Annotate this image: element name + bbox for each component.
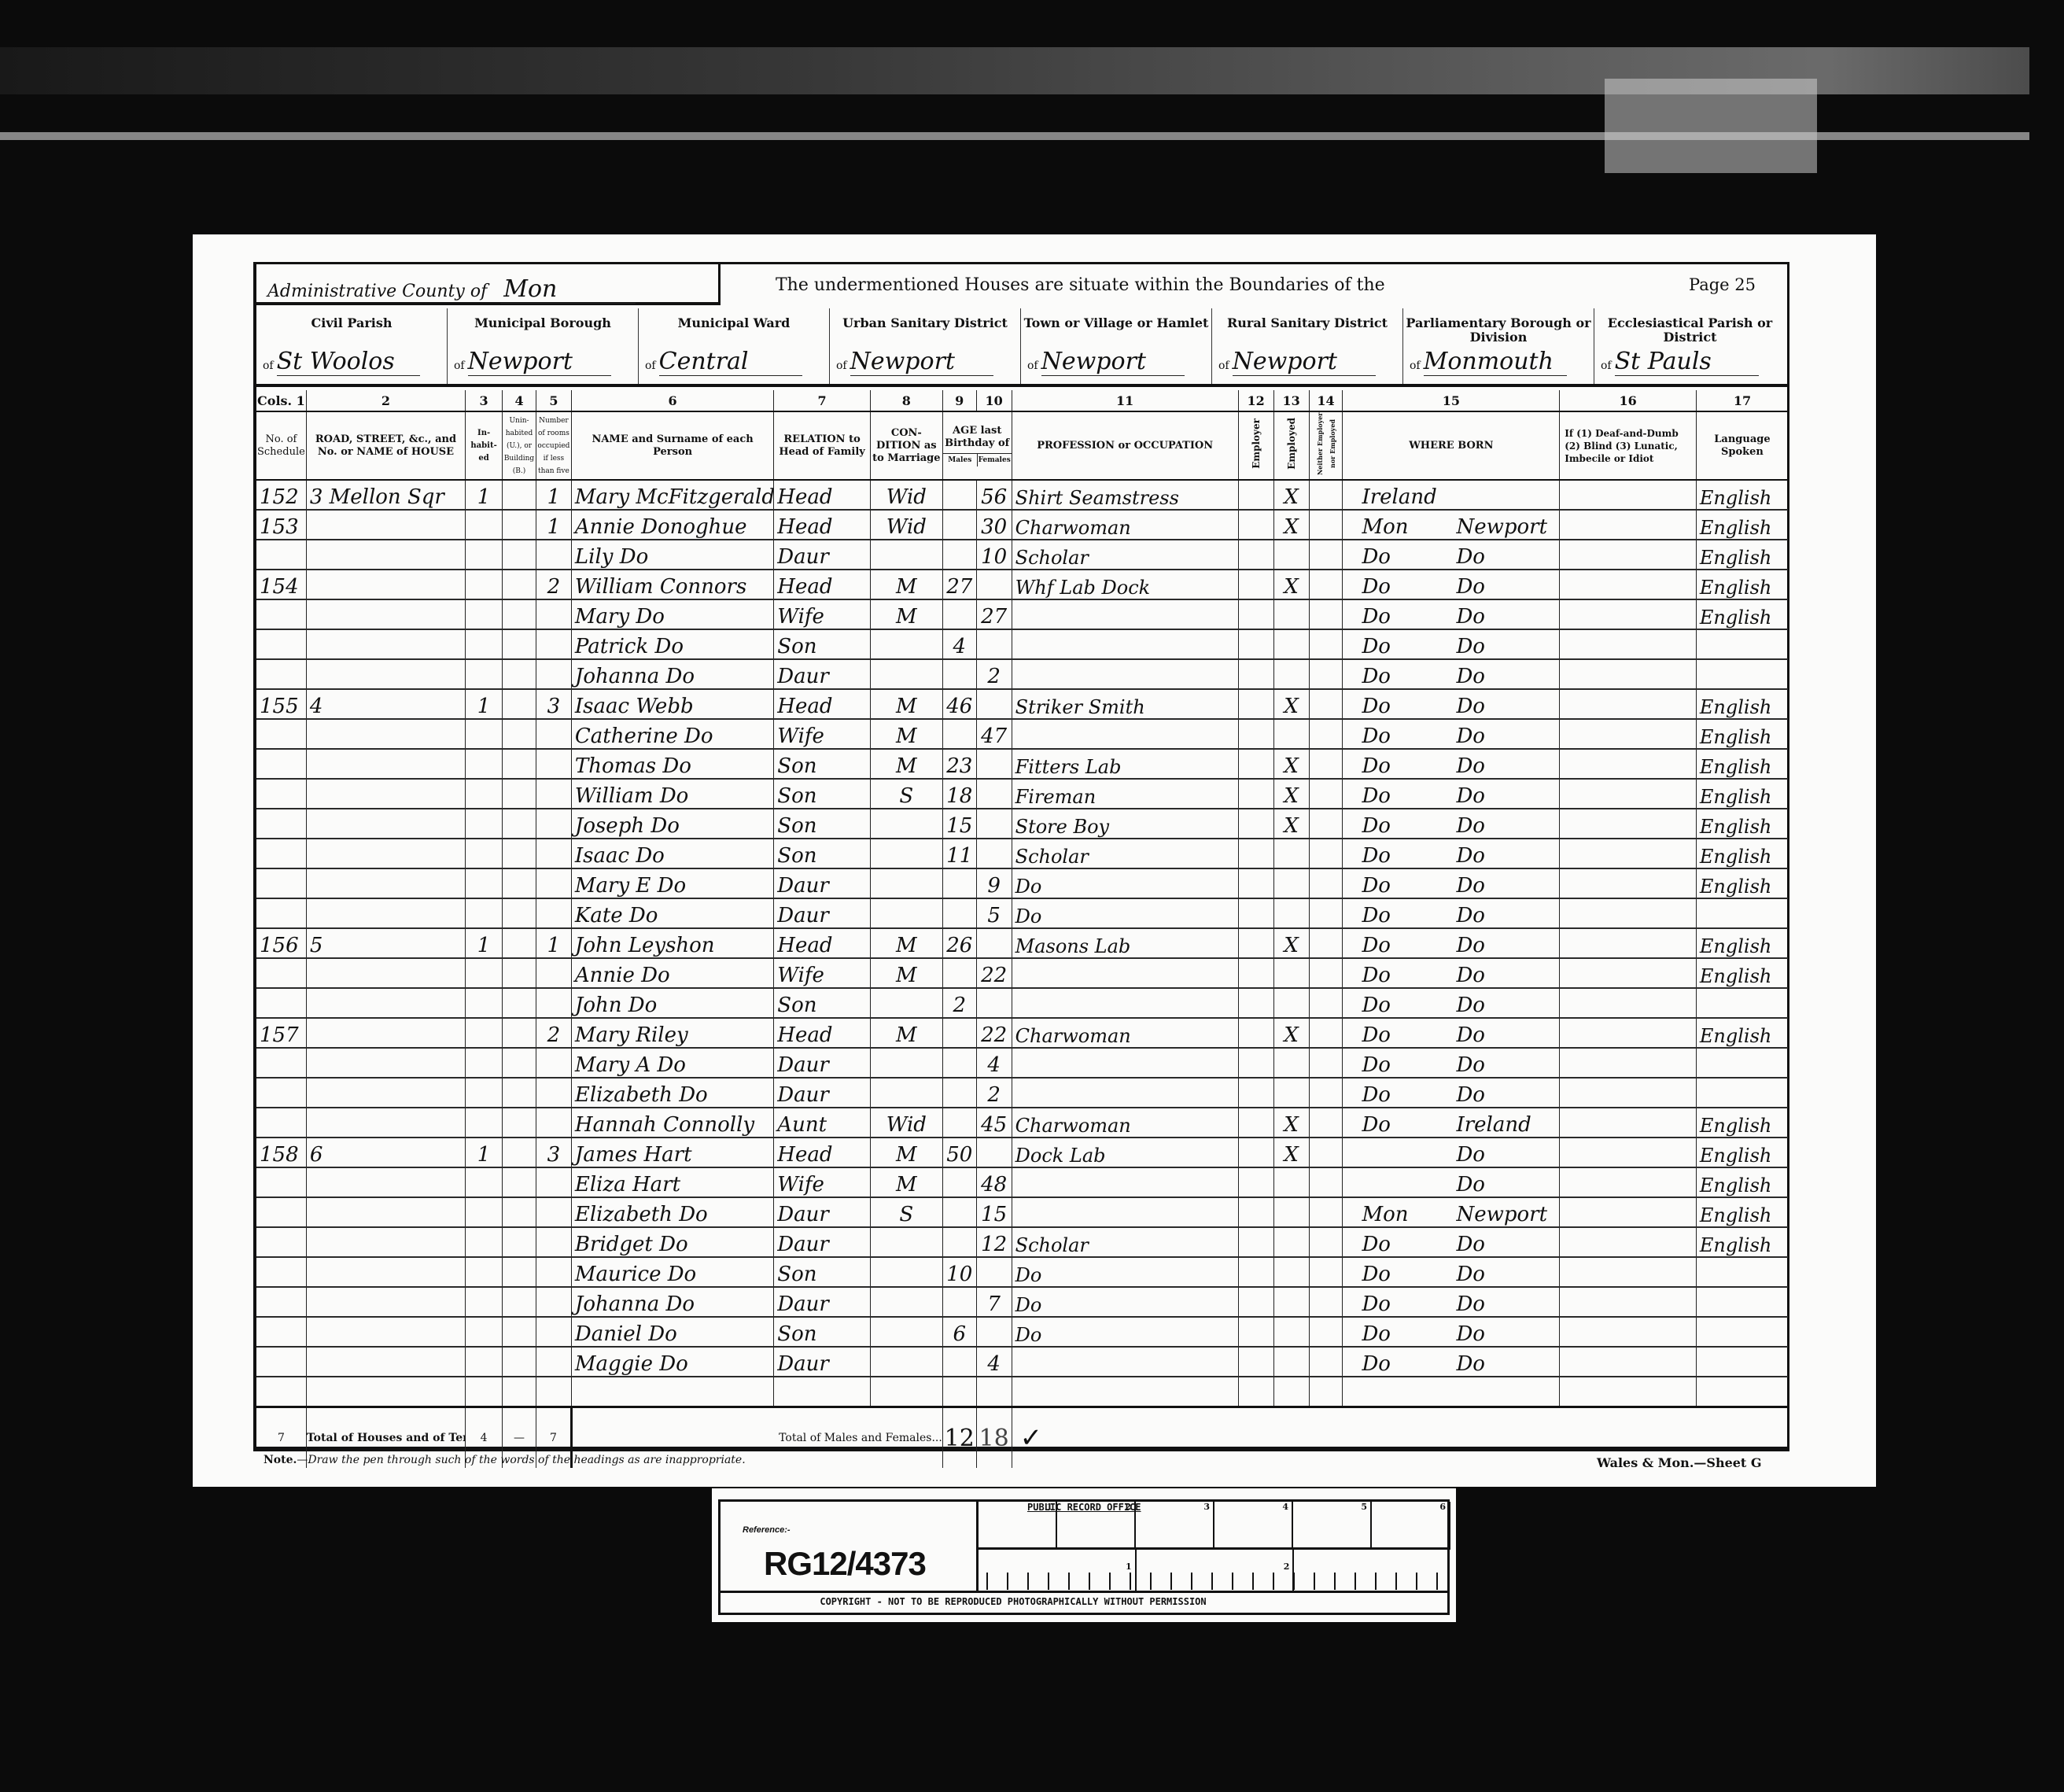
cell-occupation: Scholar [1012,1227,1238,1257]
cell-occupation: Masons Lab [1012,928,1238,958]
page-number: Page 25 [1689,275,1756,294]
cell-male-age [942,1287,976,1317]
cell-where-born: DoDo [1343,659,1560,689]
cell-male-age [942,719,976,749]
col-language: Language Spoken [1696,411,1788,480]
cell-uninhabited [503,480,536,510]
cell-schedule [256,659,306,689]
cell-name: Mary A Do [571,1048,773,1078]
cell-language [1696,659,1788,689]
cell-inhabited: 1 [466,689,503,719]
cell-uninhabited [503,629,536,659]
cell-female-age: 48 [976,1167,1012,1197]
cell-schedule [256,719,306,749]
cell-employer [1238,809,1273,839]
cell-name: Elizabeth Do [571,1078,773,1108]
cell-schedule [256,839,306,868]
cell-infirmity [1560,659,1697,689]
cell-inhabited [466,988,503,1018]
cell-rooms [536,988,571,1018]
cell-uninhabited [503,659,536,689]
cell-road [306,1227,465,1257]
cell-uninhabited [503,928,536,958]
cell-neither [1309,1197,1343,1227]
cell-occupation: Do [1012,898,1238,928]
cell-occupation: Fireman [1012,779,1238,809]
cell-inhabited [466,779,503,809]
cell-employer [1238,510,1273,540]
cell-infirmity [1560,839,1697,868]
cell-where-born: DoDo [1343,1048,1560,1078]
cell-relation: Head [774,480,871,510]
cell-neither [1309,689,1343,719]
cell-condition: M [870,719,942,749]
sheet-label: Wales & Mon.—Sheet G [1597,1455,1762,1470]
cell-language: English [1696,1018,1788,1048]
reference-number: RG12/4373 [764,1545,926,1583]
cell-condition: M [870,689,942,719]
cell-employed: X [1273,1018,1309,1048]
cell-road [306,510,465,540]
cell-condition [870,1347,942,1377]
column-header-row: No. of Schedule ROAD, STREET, &c., and N… [256,411,1788,480]
cell-language: English [1696,689,1788,719]
cell-inhabited [466,659,503,689]
cell-neither [1309,868,1343,898]
cell-schedule [256,629,306,659]
cell-uninhabited [503,1108,536,1138]
cell-neither [1309,809,1343,839]
cell-female-age [976,988,1012,1018]
col-age: AGE last Birthday ofMalesFemales [942,411,1012,480]
cell-relation: Son [774,839,871,868]
cell-employed [1273,1227,1309,1257]
cell-schedule [256,1257,306,1287]
cell-rooms [536,719,571,749]
table-row: 155413Isaac WebbHeadM46Striker SmithXDoD… [256,689,1788,719]
cell-uninhabited [503,570,536,599]
cell-road: 3 Mellon Sqr [306,480,465,510]
cell-female-age: 4 [976,1347,1012,1377]
cell-where-born: DoDo [1343,1257,1560,1287]
cell-infirmity [1560,1108,1697,1138]
cell-uninhabited [503,1287,536,1317]
cell-road [306,1078,465,1108]
cell-infirmity [1560,1048,1697,1078]
col-employer: Employer [1238,411,1273,480]
cell-uninhabited [503,779,536,809]
cell-occupation: Shirt Seamstress [1012,480,1238,510]
cell-language [1696,629,1788,659]
cell-relation: Daur [774,540,871,570]
cell-name: Joseph Do [571,809,773,839]
cell-condition [870,1317,942,1347]
cell-occupation [1012,958,1238,988]
cell-male-age [942,540,976,570]
county-value: Mon [500,275,636,304]
cell-infirmity [1560,1347,1697,1377]
cell-male-age [942,599,976,629]
cell-occupation [1012,1347,1238,1377]
cell-male-age [942,1108,976,1138]
col-occupation: PROFESSION or OCCUPATION [1012,411,1238,480]
cell-female-age: 22 [976,958,1012,988]
cell-relation: Son [774,809,871,839]
cell-relation: Son [774,988,871,1018]
cell-relation: Daur [774,1347,871,1377]
cell-neither [1309,1018,1343,1048]
cell-name: John Do [571,988,773,1018]
cell-neither [1309,928,1343,958]
cell-schedule [256,1197,306,1227]
cell-employed [1273,1167,1309,1197]
cell-road: 6 [306,1138,465,1167]
cell-condition: M [870,599,942,629]
table-row: Mary DoWifeM27DoDoEnglish [256,599,1788,629]
cell-rooms [536,1197,571,1227]
cell-employed [1273,898,1309,928]
cell-relation: Wife [774,1167,871,1197]
cell-language: English [1696,958,1788,988]
cell-infirmity [1560,629,1697,659]
cell-female-age [976,809,1012,839]
cell-language: English [1696,480,1788,510]
cell-schedule [256,779,306,809]
cell-occupation: Fitters Lab [1012,749,1238,779]
cell-male-age [942,868,976,898]
cell-employer [1238,1167,1273,1197]
col-where-born: WHERE BORN [1343,411,1560,480]
cell-condition [870,839,942,868]
cell-where-born: DoDo [1343,570,1560,599]
footer-note: Note.—Draw the pen through such of the w… [264,1454,746,1466]
district-row: Civil ParishofSt Woolos Municipal Boroug… [256,308,1787,387]
cell-rooms [536,1317,571,1347]
cell-neither [1309,1048,1343,1078]
cell-neither [1309,480,1343,510]
cell-infirmity [1560,540,1697,570]
cell-relation: Son [774,1257,871,1287]
cell-relation: Daur [774,898,871,928]
cell-name: Mary Riley [571,1018,773,1048]
cell-language [1696,1048,1788,1078]
cell-condition: M [870,1018,942,1048]
cell-female-age: 5 [976,898,1012,928]
cell-condition: M [870,1138,942,1167]
cell-occupation [1012,1078,1238,1108]
cell-schedule [256,988,306,1018]
cell-male-age: 2 [942,988,976,1018]
cell-uninhabited [503,1167,536,1197]
cell-uninhabited [503,1257,536,1287]
cell-relation: Wife [774,719,871,749]
cell-rooms [536,779,571,809]
cell-inhabited: 1 [466,1138,503,1167]
cell-road: 4 [306,689,465,719]
cell-relation: Head [774,1018,871,1048]
cell-condition [870,540,942,570]
reference-label: Reference:- [743,1525,791,1535]
cell-infirmity [1560,510,1697,540]
cell-male-age: 6 [942,1317,976,1347]
cell-relation: Son [774,1317,871,1347]
cell-language: English [1696,1108,1788,1138]
table-row: Hannah ConnollyAuntWid45CharwomanXDoIrel… [256,1108,1788,1138]
cell-road [306,599,465,629]
cell-neither [1309,719,1343,749]
cell-where-born: DoDo [1343,540,1560,570]
cell-language: English [1696,599,1788,629]
cell-occupation: Dock Lab [1012,1138,1238,1167]
cell-employer [1238,629,1273,659]
cell-uninhabited [503,958,536,988]
cell-name: Maurice Do [571,1257,773,1287]
cell-female-age: 2 [976,1078,1012,1108]
cell-uninhabited [503,1227,536,1257]
cell-rooms [536,1257,571,1287]
cell-neither [1309,540,1343,570]
cell-rooms [536,1287,571,1317]
county-label: Administrative County of [267,282,487,301]
cell-employer [1238,540,1273,570]
col-name: NAME and Surname of each Person [571,411,773,480]
cell-employer [1238,988,1273,1018]
cell-schedule [256,599,306,629]
cell-condition [870,659,942,689]
cell-occupation: Do [1012,1257,1238,1287]
col-infirmity: If (1) Deaf-and-Dumb (2) Blind (3) Lunat… [1560,411,1697,480]
cell-language: English [1696,1167,1788,1197]
cell-uninhabited [503,599,536,629]
cell-name: James Hart [571,1138,773,1167]
cell-employer [1238,1078,1273,1108]
cell-road [306,749,465,779]
cell-road [306,540,465,570]
cell-uninhabited [503,988,536,1018]
cell-rooms [536,868,571,898]
cell-rooms [536,809,571,839]
cell-where-born: DoDo [1343,928,1560,958]
cell-occupation: Charwoman [1012,1108,1238,1138]
cell-road [306,958,465,988]
table-row: William DoSonS18FiremanXDoDoEnglish [256,779,1788,809]
table-row: Lily DoDaur10ScholarDoDoEnglish [256,540,1788,570]
cell-male-age [942,1078,976,1108]
cell-where-born: DoDo [1343,1317,1560,1347]
cell-road [306,1347,465,1377]
col-road: ROAD, STREET, &c., and No. or NAME of HO… [306,411,465,480]
table-row: Catherine DoWifeM47DoDoEnglish [256,719,1788,749]
cell-schedule [256,1317,306,1347]
cell-relation: Daur [774,1227,871,1257]
cell-infirmity [1560,1197,1697,1227]
cell-inhabited [466,809,503,839]
cell-uninhabited [503,839,536,868]
cell-employer [1238,1257,1273,1287]
cell-schedule [256,898,306,928]
cell-employer [1238,1108,1273,1138]
cell-language [1696,1078,1788,1108]
cell-condition [870,1048,942,1078]
table-row: 1523 Mellon Sqr11Mary McFitzgeraldHeadWi… [256,480,1788,510]
cell-schedule [256,1167,306,1197]
cell-infirmity [1560,1257,1697,1287]
cell-schedule [256,1078,306,1108]
cell-language [1696,1287,1788,1317]
total-males: 12 [942,1407,976,1469]
table-row: Johanna DoDaur2DoDo [256,659,1788,689]
cell-inhabited [466,1317,503,1347]
table-row: Bridget DoDaur12ScholarDoDoEnglish [256,1227,1788,1257]
cell-road [306,719,465,749]
cell-employed [1273,540,1309,570]
cell-male-age [942,1347,976,1377]
cell-condition [870,1078,942,1108]
cell-language: English [1696,1227,1788,1257]
cell-employed [1273,1197,1309,1227]
cell-employed [1273,1347,1309,1377]
cell-employed [1273,629,1309,659]
cell-infirmity [1560,1287,1697,1317]
table-row: Elizabeth DoDaur2DoDo [256,1078,1788,1108]
district-civil-parish: Civil ParishofSt Woolos [256,308,448,384]
cell-employer [1238,868,1273,898]
cell-condition [870,898,942,928]
cell-schedule: 158 [256,1138,306,1167]
cell-rooms: 1 [536,510,571,540]
table-row: Maggie DoDaur4DoDo [256,1347,1788,1377]
cell-female-age: 22 [976,1018,1012,1048]
cell-inhabited [466,1048,503,1078]
cell-schedule [256,1347,306,1377]
cell-female-age: 2 [976,659,1012,689]
cell-infirmity [1560,1227,1697,1257]
district-municipal-ward: Municipal WardofCentral [639,308,830,384]
cell-uninhabited [503,510,536,540]
cell-language: English [1696,868,1788,898]
district-town-village: Town or Village or HamletofNewport [1021,308,1212,384]
cell-language: English [1696,510,1788,540]
cell-name: Lily Do [571,540,773,570]
cell-language: English [1696,779,1788,809]
district-ecclesiastical: Ecclesiastical Parish or DistrictofSt Pa… [1594,308,1786,384]
cell-rooms [536,540,571,570]
cell-rooms: 1 [536,480,571,510]
cell-neither [1309,958,1343,988]
cell-rooms [536,599,571,629]
cell-schedule: 154 [256,570,306,599]
cell-where-born: DoDo [1343,1347,1560,1377]
cell-rooms: 1 [536,928,571,958]
cell-employer [1238,1197,1273,1227]
cell-neither [1309,1078,1343,1108]
cell-infirmity [1560,689,1697,719]
cell-condition: M [870,1167,942,1197]
table-row: Johanna DoDaur7DoDoDo [256,1287,1788,1317]
cell-male-age [942,958,976,988]
cell-employer [1238,599,1273,629]
cell-occupation: Scholar [1012,839,1238,868]
cell-neither [1309,1108,1343,1138]
total-females: 18 [976,1407,1012,1469]
cell-uninhabited [503,1048,536,1078]
cell-inhabited [466,1347,503,1377]
cell-employer [1238,1287,1273,1317]
cell-name: Bridget Do [571,1227,773,1257]
cell-employed: X [1273,480,1309,510]
cell-language: English [1696,809,1788,839]
table-row: Thomas DoSonM23Fitters LabXDoDoEnglish [256,749,1788,779]
cell-inhabited [466,1227,503,1257]
cell-neither [1309,1287,1343,1317]
cell-employed: X [1273,1138,1309,1167]
cell-employer [1238,719,1273,749]
cell-name: Catherine Do [571,719,773,749]
cell-where-born: DoDo [1343,749,1560,779]
cell-condition: S [870,1197,942,1227]
cell-relation: Daur [774,868,871,898]
cell-employed [1273,1257,1309,1287]
cell-where-born: DoDo [1343,1287,1560,1317]
cell-uninhabited [503,1138,536,1167]
cell-female-age [976,749,1012,779]
cell-name: Daniel Do [571,1317,773,1347]
cell-schedule [256,749,306,779]
cell-female-age: 7 [976,1287,1012,1317]
cell-male-age [942,510,976,540]
cell-female-age: 9 [976,868,1012,898]
cell-road [306,659,465,689]
cell-neither [1309,1138,1343,1167]
cell-relation: Head [774,570,871,599]
cell-condition: Wid [870,480,942,510]
col-relation: RELATION to Head of Family [774,411,871,480]
cell-schedule: 155 [256,689,306,719]
cell-relation: Daur [774,1048,871,1078]
cell-inhabited [466,540,503,570]
table-row: 156511John LeyshonHeadM26Masons LabXDoDo… [256,928,1788,958]
cell-female-age [976,689,1012,719]
cell-neither [1309,570,1343,599]
table-row: 1531Annie DonoghueHeadWid30CharwomanXMon… [256,510,1788,540]
cell-relation: Head [774,928,871,958]
cell-neither [1309,1167,1343,1197]
cell-rooms [536,1078,571,1108]
cell-employer [1238,1317,1273,1347]
cell-male-age: 46 [942,689,976,719]
cell-where-born: DoDo [1343,779,1560,809]
cell-uninhabited [503,1018,536,1048]
district-municipal-borough: Municipal BoroughofNewport [448,308,639,384]
cell-employer [1238,1018,1273,1048]
cell-infirmity [1560,928,1697,958]
cell-condition: M [870,749,942,779]
cell-where-born: DoIreland [1343,1108,1560,1138]
cell-occupation: Whf Lab Dock [1012,570,1238,599]
cell-employed: X [1273,1108,1309,1138]
cell-relation: Son [774,749,871,779]
col-employed: Employed [1273,411,1309,480]
cell-occupation: Charwoman [1012,1018,1238,1048]
cell-inhabited [466,1257,503,1287]
cell-uninhabited [503,719,536,749]
cell-employer [1238,1048,1273,1078]
cell-condition [870,1287,942,1317]
cell-infirmity [1560,1317,1697,1347]
cell-male-age: 10 [942,1257,976,1287]
col-rooms: Number of rooms occupied if less than fi… [536,411,571,480]
cell-road [306,1167,465,1197]
